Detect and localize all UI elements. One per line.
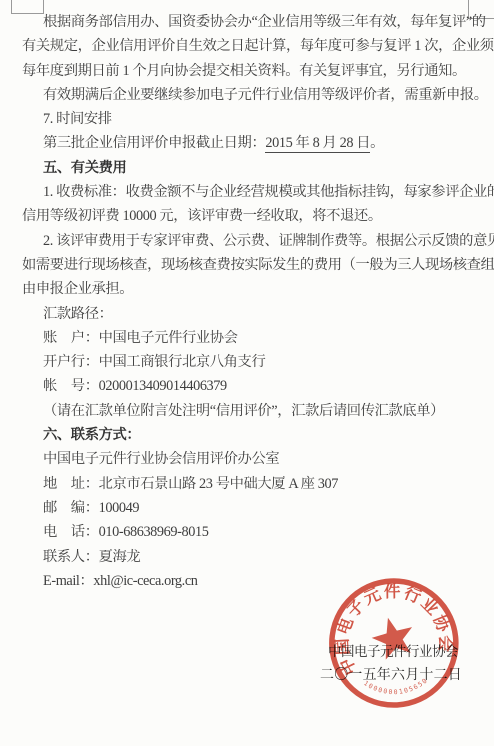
contact-person-line: 联系人：夏海龙 (22, 545, 474, 569)
para-fee-standard-line2: 信用等级初评费 10000 元，该评审费一经收取，将不退还。 (22, 204, 474, 228)
heading-schedule: 7. 时间安排 (22, 107, 474, 131)
para-fee-usage-line3: 由申报企业承担。 (22, 277, 474, 301)
deadline-suffix: 。 (370, 135, 384, 151)
bank-line: 开户行：中国工商银行北京八角支行 (22, 350, 474, 374)
contact-office-line: 中国电子元件行业协会信用评价办公室 (22, 447, 474, 471)
deadline-date: 2015 年 8 月 28 日 (265, 135, 370, 153)
para-renewal-notice: 有效期满后企业要继续参加电子元件行业信用等级评价者，需重新申报。 (22, 83, 474, 107)
account-number-line: 帐 号：0200013409014406379 (22, 374, 474, 398)
para-fee-standard-line1: 1. 收费标准：收费金额不与企业经营规模或其他指标挂钩，每家参评企业的 (22, 180, 474, 204)
account-name-line: 账 户：中国电子元件行业协会 (22, 326, 474, 350)
para-fee-usage-line1: 2. 该评审费用于专家评审费、公示费、证牌制作费等。根据公示反馈的意见， (22, 229, 474, 253)
deadline-line: 第三批企业信用评价申报截止日期：2015 年 8 月 28 日。 (22, 131, 474, 155)
para-fee-usage-line2: 如需要进行现场核查，现场核查费按实际发生的费用（一般为三人现场核查组）， (22, 253, 474, 277)
phone-line: 电 话：010-68638969-8015 (22, 520, 474, 544)
address-line: 地 址：北京市石景山路 23 号中础大厦 A 座 307 (22, 472, 474, 496)
deadline-prefix: 第三批企业信用评价申报截止日期： (43, 135, 265, 151)
heading-fees: 五、有关费用 (22, 156, 474, 180)
heading-contact: 六、联系方式： (22, 423, 474, 447)
para-reeval-line2: 有关规定，企业信用评价自生效之日起计算，每年度可参与复评 1 次，企业须于 (22, 34, 474, 58)
para-reeval-line1: 根据商务部信用办、国资委协会办“企业信用等级三年有效，每年复评”的 (22, 10, 474, 34)
signature-org-name: 中国电子元件行业协会 (328, 640, 458, 660)
para-reeval-line3: 每年度到期日前 1 个月向协会提交相关资料。有关复评事宜，另行通知。 (22, 59, 474, 83)
document-page: 根据商务部信用办、国资委协会办“企业信用等级三年有效，每年复评”的 有关规定，企… (22, 10, 474, 593)
remit-note-line: （请在汇款单位附言处注明“信用评价”，汇款后请回传汇款底单） (22, 399, 474, 423)
postcode-line: 邮 编：100049 (22, 496, 474, 520)
signature-date: 二〇一五年六月十二日 (320, 664, 462, 684)
remittance-path-label: 汇款路径： (22, 302, 474, 326)
